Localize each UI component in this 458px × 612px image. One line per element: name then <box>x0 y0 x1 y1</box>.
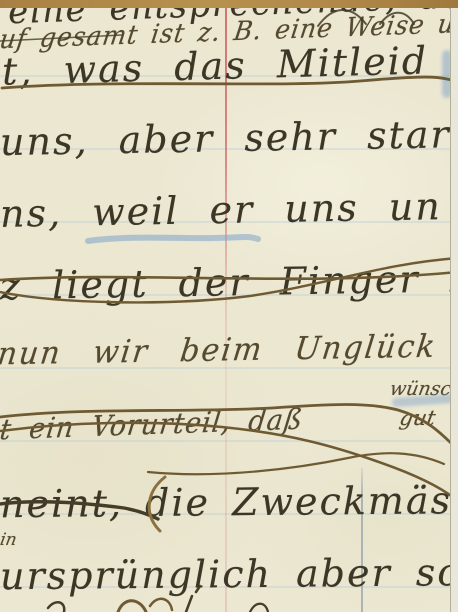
handwriting-line-7: nun wir beim Unglück <box>0 328 439 372</box>
separator-flourish-3 <box>148 453 444 474</box>
manuscript-page: eine entsprechende, der uf gesamt ist z.… <box>0 0 458 612</box>
page-right-edge <box>450 8 458 612</box>
handwriting-line-10: neint, die Zweckmässig <box>0 478 458 526</box>
top-mat-band <box>0 0 458 8</box>
handwriting-line-9: t ein Vorurteil, daß <box>0 403 305 446</box>
interlinear-word-in: in <box>0 530 18 550</box>
bottom-fragment-1 <box>118 601 146 612</box>
bottom-fragment-2 <box>150 599 172 610</box>
handwriting-line-4: uns, aber sehr stark <box>0 112 458 164</box>
handwriting-line-5: ns, weil er uns un <box>0 184 442 236</box>
handwriting-line-11: ursprünglich aber schn <box>0 550 458 598</box>
struck-word-neint: neint, <box>0 481 123 526</box>
handwriting-line-6-struck: z liegt der Finger ze <box>0 256 458 309</box>
interlinear-word-gut: gut <box>398 406 438 430</box>
bottom-fragment-4 <box>250 604 268 612</box>
bottom-fragment-5 <box>48 602 64 612</box>
blue-underline-weil-er <box>88 237 258 241</box>
line-10-continuation: die Zweckmässig <box>145 478 458 525</box>
